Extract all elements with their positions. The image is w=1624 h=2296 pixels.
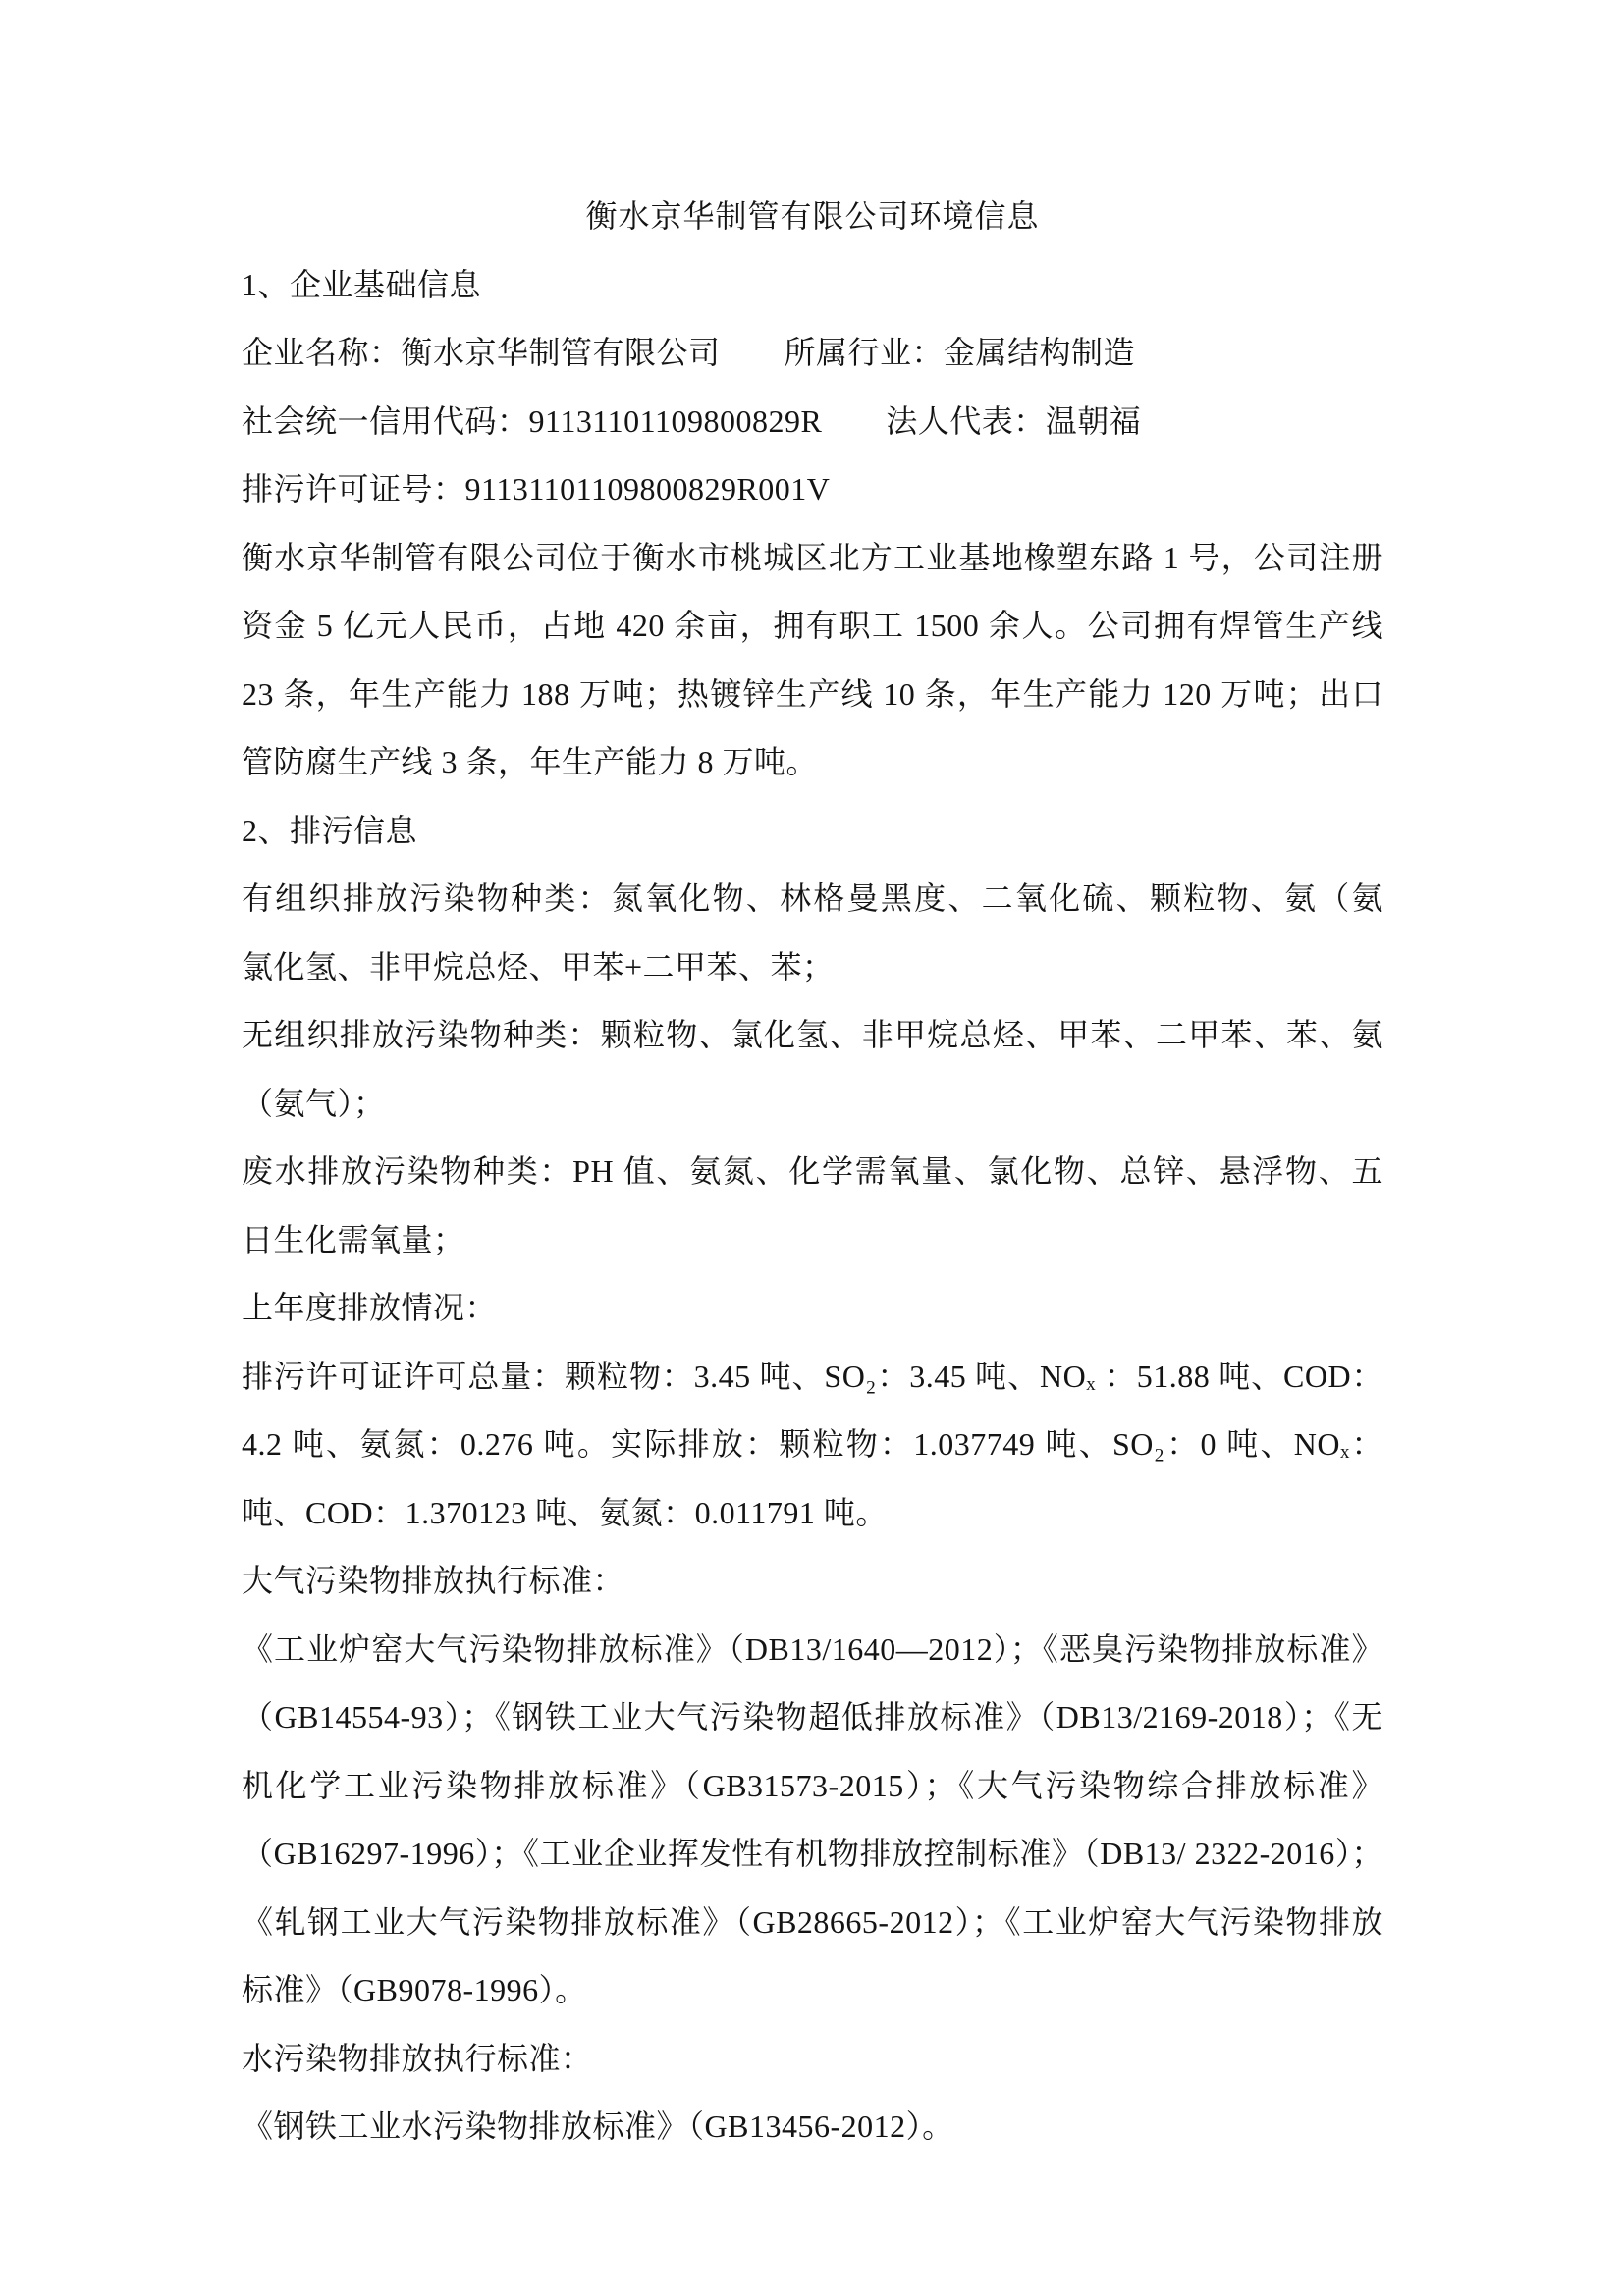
line-credit-code-legal-rep: 社会统一信用代码：91131101109800829R 法人代表：温朝福 [242,388,1383,456]
line-permit-totals-3: 吨、COD：1.370123 吨、氨氮：0.011791 吨。 [242,1479,1383,1548]
document-title: 衡水京华制管有限公司环境信息 [242,183,1383,251]
line-company-profile-1: 衡水京华制管有限公司位于衡水市桃城区北方工业基地橡塑东路 1 号，公司注册 [242,524,1383,593]
line-organized-pollutants-1: 有组织排放污染物种类：氮氧化物、林格曼黑度、二氧化硫、颗粒物、氨（氨气）、 [242,865,1383,934]
line-water-standards-heading: 水污染物排放执行标准： [242,2025,1383,2094]
section-2-heading: 2、排污信息 [242,797,1383,866]
line-company-profile-4: 管防腐生产线 3 条，年生产能力 8 万吨。 [242,728,1383,797]
line-organized-pollutants-2: 氯化氢、非甲烷总烃、甲苯+二甲苯、苯； [242,934,1383,1002]
line-company-profile-2: 资金 5 亿元人民币，占地 420 余亩，拥有职工 1500 余人。公司拥有焊管… [242,592,1383,661]
line-water-standards: 《钢铁工业水污染物排放标准》（GB13456-2012）。 [242,2093,1383,2162]
document-page: 衡水京华制管有限公司环境信息 1、企业基础信息 企业名称：衡水京华制管有限公司 … [0,0,1624,2296]
line-fugitive-pollutants-2: （氨气）； [242,1070,1383,1139]
line-last-year-heading: 上年度排放情况： [242,1274,1383,1343]
line-wastewater-pollutants-1: 废水排放污染物种类：PH 值、氨氮、化学需氧量、氯化物、总锌、悬浮物、五 [242,1138,1383,1206]
line-air-standards-2: （GB14554-93）；《钢铁工业大气污染物超低排放标准》（DB13/2169… [242,1683,1383,1752]
section-1-heading: 1、企业基础信息 [242,251,1383,320]
line-air-standards-heading: 大气污染物排放执行标准： [242,1547,1383,1616]
line-permit-totals-2: 4.2 吨、氨氮：0.276 吨。实际排放：颗粒物：1.037749 吨、SO₂… [242,1411,1383,1479]
line-permit-totals-1: 排污许可证许可总量：颗粒物：3.45 吨、SO₂：3.45 吨、NOₓ ：51.… [242,1343,1383,1412]
line-air-standards-5: 《轧钢工业大气污染物排放标准》（GB28665-2012）；《工业炉窑大气污染物… [242,1889,1383,1957]
line-company-profile-3: 23 条，年生产能力 188 万吨；热镀锌生产线 10 条，年生产能力 120 … [242,661,1383,729]
line-wastewater-pollutants-2: 日生化需氧量； [242,1206,1383,1275]
line-company-name-industry: 企业名称：衡水京华制管有限公司 所属行业：金属结构制造 [242,319,1383,388]
line-pollution-permit-number: 排污许可证号：91131101109800829R001V [242,455,1383,524]
line-air-standards-4: （GB16297-1996）；《工业企业挥发性有机物排放控制标准》（DB13/ … [242,1820,1383,1889]
line-air-standards-6: 标准》（GB9078-1996）。 [242,1956,1383,2025]
line-air-standards-1: 《工业炉窑大气污染物排放标准》（DB13/1640—2012）；《恶臭污染物排放… [242,1616,1383,1684]
line-air-standards-3: 机化学工业污染物排放标准》（GB31573-2015）；《大气污染物综合排放标准… [242,1752,1383,1821]
line-fugitive-pollutants-1: 无组织排放污染物种类：颗粒物、氯化氢、非甲烷总烃、甲苯、二甲苯、苯、氨 [242,1001,1383,1070]
